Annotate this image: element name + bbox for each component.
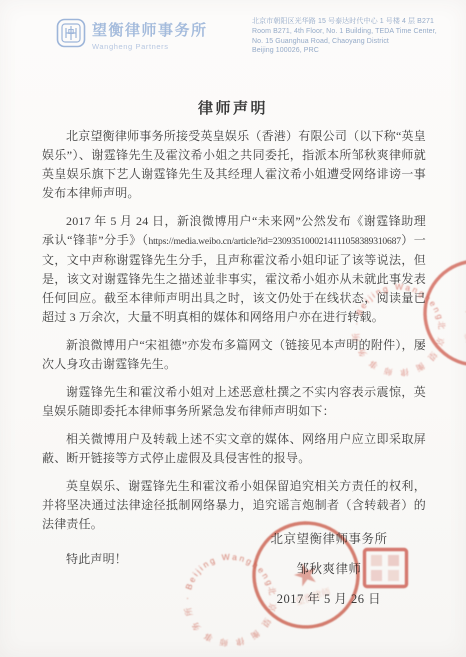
signature-date: 2017 年 5 月 26 日	[239, 584, 419, 614]
weibo-article-url: https://media.weibo.cn/article?id=230935…	[148, 236, 400, 247]
paragraph-weibo-article: 2017 年 5 月 24 日，新浪微博用户“未来网”公然发布《谢霆锋助理承认“…	[42, 212, 426, 327]
letterhead-address: 北京市朝阳区光华路 15 号泰达时代中心 1 号楼 4 层 B271 Room …	[252, 17, 452, 56]
address-line: 北京市朝阳区光华路 15 号泰达时代中心 1 号楼 4 层 B271	[252, 17, 452, 27]
address-line: Beijing 100026, PRC	[252, 46, 452, 56]
wangheng-logo-icon	[56, 18, 86, 48]
address-line: Room B271, 4th Floor, No. 1 Building, TE…	[252, 27, 452, 37]
signature-lawyer-name: 邹秋爽律师	[239, 554, 419, 584]
address-line: No. 15 Guanghua Road, Chaoyang District	[252, 37, 452, 47]
firm-name-en: Wangheng Partners	[92, 42, 208, 51]
scanned-lawyer-statement-page: 望衡律师事务所 Wangheng Partners 北京市朝阳区光华路 15 号…	[0, 0, 466, 657]
document-title: 律师声明	[0, 97, 466, 118]
wangheng-logo-text: 望衡律师事务所 Wangheng Partners	[92, 19, 208, 51]
signature-firm-name: 北京望衡律师事务所	[239, 524, 419, 554]
paragraph-demand-removal: 相关微博用户及转载上述不实文章的媒体、网络用户应立即采取屏蔽、断开链接等方式停止…	[42, 430, 426, 468]
signature-block: 北京望衡律师事务所 邹秋爽律师 2017 年 5 月 26 日	[239, 524, 419, 614]
firm-name-cn: 望衡律师事务所	[92, 19, 208, 40]
paragraph-engagement: 北京望衡律师事务所接受英皇娱乐（香港）有限公司（以下称“英皇娱乐”）、谢霆锋先生…	[42, 127, 426, 203]
statement-body: 北京望衡律师事务所接受英皇娱乐（香港）有限公司（以下称“英皇娱乐”）、谢霆锋先生…	[42, 127, 426, 578]
paragraph-shock-statement: 谢霆锋先生和霍汶希小姐对上述恶意杜撰之不实内容表示震惊，英皇娱乐随即委托本律师事…	[42, 383, 426, 421]
paragraph-songzude: 新浪微博用户“宋祖德”亦发布多篇网文（链接见本声明的附件），屡次人身攻击谢霆锋先…	[42, 336, 426, 374]
